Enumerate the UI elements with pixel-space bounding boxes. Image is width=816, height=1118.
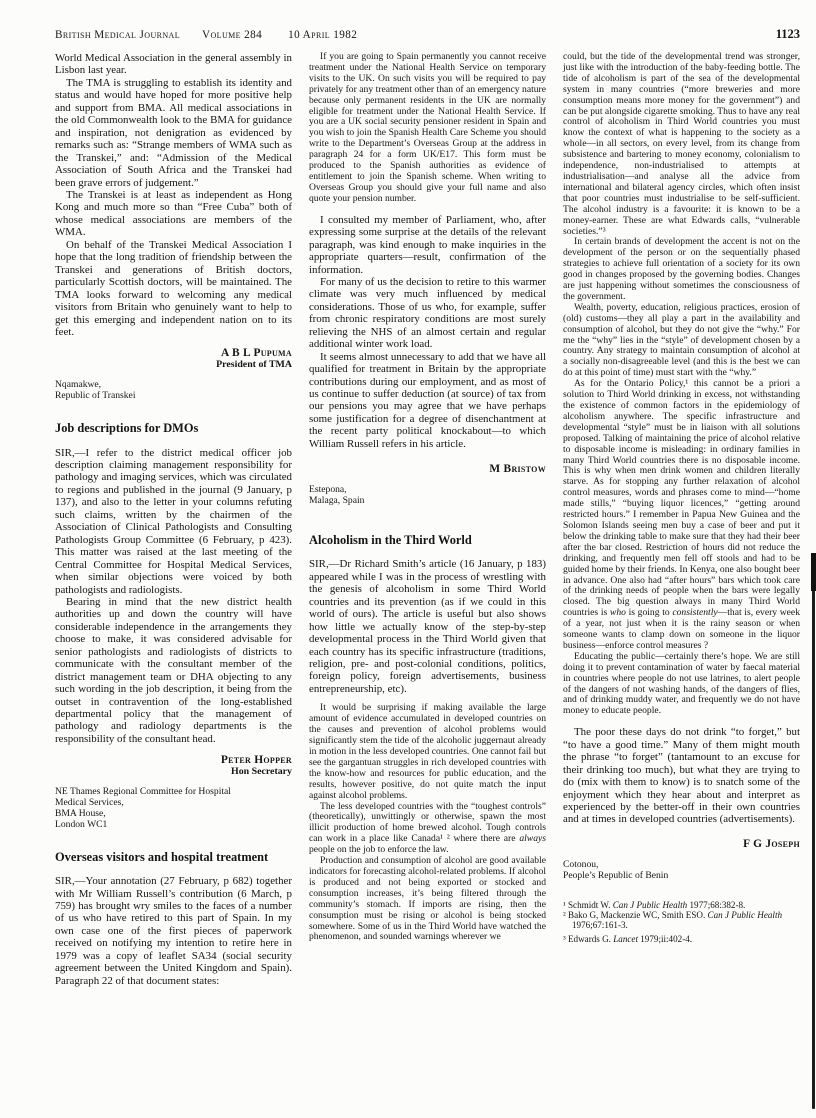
italic-word: who	[610, 607, 626, 618]
signature-block: M Bristow	[309, 463, 546, 475]
letter-paragraph: For many of us the decision to retire to…	[309, 276, 546, 351]
signature-role: President of TMA	[55, 359, 292, 370]
letter-paragraph: World Medical Association in the general…	[55, 52, 292, 77]
reference-item: ¹ Schmidt W. Can J Public Health 1977;68…	[563, 900, 800, 910]
journal-name-italic: Can J Public Health	[708, 910, 783, 920]
letter-heading-alcoholism: Alcoholism in the Third World	[309, 533, 546, 549]
letter-paragraph: Production and consumption of alcohol ar…	[309, 856, 546, 943]
issue-date: 10 April 1982	[288, 29, 357, 41]
letters-page-columns: World Medical Association in the general…	[55, 52, 800, 987]
reference-text: ³ Edwards G.	[563, 934, 613, 944]
letter-paragraph: Wealth, poverty, education, religious pr…	[563, 303, 800, 379]
paragraph-text: is going to	[626, 607, 672, 618]
page-number: 1123	[776, 27, 800, 42]
reference-text: ¹ Schmidt W.	[563, 900, 613, 910]
signature-block: F G Joseph	[563, 838, 800, 850]
scan-artifact-blob	[811, 553, 816, 591]
signature-name: A B L Pupuma	[55, 347, 292, 359]
scan-artifact-line	[812, 553, 815, 1109]
reference-item: ³ Edwards G. Lancet 1979;ii:402-4.	[563, 934, 800, 944]
author-address: Nqamakwe, Republic of Transkei	[55, 380, 292, 402]
letter-heading-overseas-visitors: Overseas visitors and hospital treatment	[55, 850, 292, 866]
letter-paragraph: As for the Ontario Policy,¹ this cannot …	[563, 379, 800, 652]
letter-paragraph: It seems almost unnecessary to add that …	[309, 351, 546, 451]
letter-paragraph: could, but the tide of the developmental…	[563, 52, 800, 237]
letter-paragraph: On behalf of the Transkei Medical Associ…	[55, 239, 292, 339]
letter-paragraph: The TMA is struggling to establish its i…	[55, 77, 292, 189]
journal-title: British Medical Journal	[55, 29, 180, 41]
reference-text: 1979;ii:402-4.	[638, 934, 692, 944]
letter-paragraph: The less developed countries with the “t…	[309, 802, 546, 857]
signature-name: M Bristow	[309, 463, 546, 475]
signature-name: F G Joseph	[563, 838, 800, 850]
leaflet-quote: If you are going to Spain permanently yo…	[309, 52, 546, 205]
signature-role: Hon Secretary	[55, 766, 292, 777]
letter-paragraph: It would be surprising if making availab…	[309, 703, 546, 801]
paragraph-text: people on the job to enforce the law.	[309, 844, 449, 855]
letter-paragraph: The Transkei is at least as independent …	[55, 189, 292, 239]
author-address: Cotonou, People’s Republic of Benin	[563, 860, 800, 882]
reference-text: ² Bako G, Mackenzie WC, Smith ESO.	[563, 910, 708, 920]
signature-block: A B L Pupuma President of TMA	[55, 347, 292, 370]
signature-name: Peter Hopper	[55, 754, 292, 766]
letter-paragraph: The poor these days do not drink “to for…	[563, 726, 800, 826]
paragraph-text: As for the Ontario Policy,¹ this cannot …	[563, 378, 800, 618]
journal-name-italic: Lancet	[613, 934, 638, 944]
letter-paragraph: SIR,—Your annotation (27 February, p 682…	[55, 875, 292, 987]
volume-label: Volume 284	[202, 29, 262, 41]
italic-word: always	[519, 833, 546, 844]
reference-list: ¹ Schmidt W. Can J Public Health 1977;68…	[563, 900, 800, 945]
reference-item: ² Bako G, Mackenzie WC, Smith ESO. Can J…	[563, 910, 800, 931]
letter-heading-job-descriptions: Job descriptions for DMOs	[55, 421, 292, 437]
letter-paragraph: SIR,—I refer to the district medical off…	[55, 447, 292, 596]
letter-paragraph: In certain brands of development the acc…	[563, 237, 800, 302]
reference-text: 1976;67:161-3.	[572, 920, 628, 930]
column-2: If you are going to Spain permanently yo…	[309, 52, 546, 987]
column-3: could, but the tide of the developmental…	[563, 52, 800, 987]
journal-name-italic: Can J Public Health	[613, 900, 688, 910]
author-address: Estepona, Malaga, Spain	[309, 485, 546, 507]
letter-paragraph: I consulted my member of Parliament, who…	[309, 214, 546, 276]
author-address: NE Thames Regional Committee for Hospita…	[55, 787, 292, 830]
column-1: World Medical Association in the general…	[55, 52, 292, 987]
italic-word: consistently	[672, 607, 717, 618]
signature-block: Peter Hopper Hon Secretary	[55, 754, 292, 777]
reference-text: 1977;68:382-8.	[687, 900, 745, 910]
letter-paragraph: Bearing in mind that the new district he…	[55, 596, 292, 745]
letter-paragraph: Educating the public—certainly there’s h…	[563, 652, 800, 717]
paragraph-text: The less developed countries with the “t…	[309, 801, 546, 845]
letter-paragraph: SIR,—Dr Richard Smith’s article (16 Janu…	[309, 558, 546, 695]
page-header: British Medical Journal Volume 284 10 Ap…	[55, 27, 800, 42]
